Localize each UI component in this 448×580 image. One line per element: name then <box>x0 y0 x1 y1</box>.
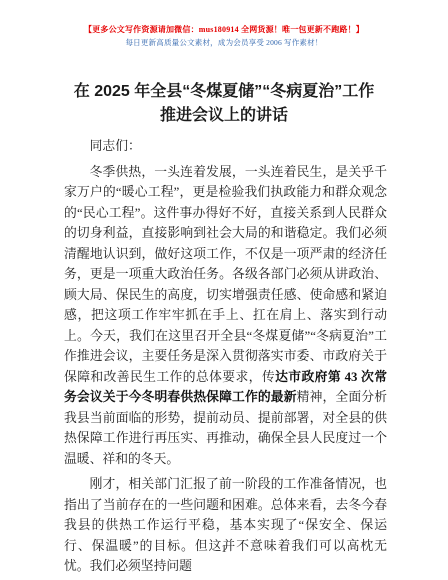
ad-banner-line-2: 每日更新高质量公文素材，成为会员享受 2006 写作素材！ <box>0 36 448 49</box>
ad-banner: 【更多公文写作资源请加微信：mus180914 全网货源！唯一包更新不跑路！】 … <box>0 0 448 49</box>
document-page: 【更多公文写作资源请加微信：mus180914 全网货源！唯一包更新不跑路！】 … <box>0 0 448 580</box>
ad-banner-line-1: 【更多公文写作资源请加微信：mus180914 全网货源！唯一包更新不跑路！】 <box>0 23 448 36</box>
salutation: 同志们： <box>64 136 387 157</box>
document-title: 在 2025 年全县“冬煤夏储”“冬病夏治”工作 推进会议上的讲话 <box>0 80 448 127</box>
paragraph-1: 冬季供热，一头连着发展，一头连着民生，是关乎千家万户的“暖心工程”，更是检验我们… <box>64 162 387 470</box>
text-segment: 刚才，相关部门汇报了前一阶段的工作准备情况，也指出了当前存在的一些问题和困难。总… <box>64 477 387 573</box>
page-footer: 1 <box>0 543 448 555</box>
page-number: 1 <box>221 543 227 555</box>
paragraph-2: 刚才，相关部门汇报了前一阶段的工作准备情况，也指出了当前存在的一些问题和困难。总… <box>64 474 387 577</box>
document-title-line-2: 推进会议上的讲话 <box>40 104 408 128</box>
document-body: 同志们： 冬季供热，一头连着发展，一头连着民生，是关乎千家万户的“暖心工程”，更… <box>0 136 448 577</box>
text-segment: 冬季供热，一头连着发展，一头连着民生，是关乎千家万户的“暖心工程”，更是检验我们… <box>64 165 387 384</box>
document-title-line-1: 在 2025 年全县“冬煤夏储”“冬病夏治”工作 <box>40 80 408 104</box>
